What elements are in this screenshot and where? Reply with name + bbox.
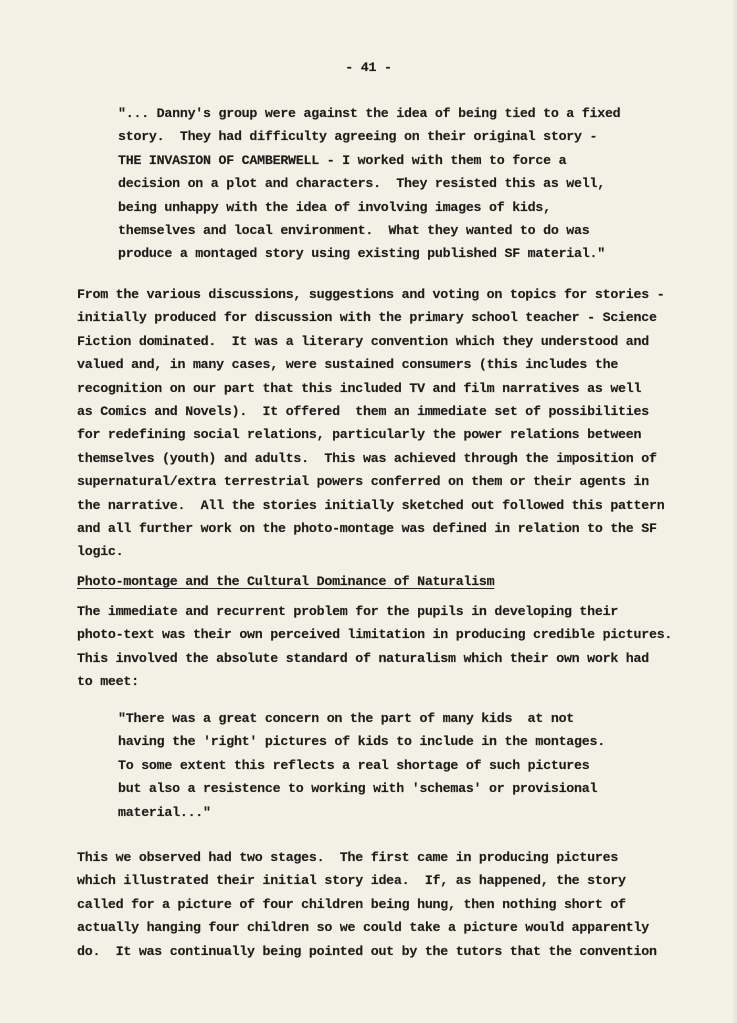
text-line: to meet: (77, 670, 672, 693)
text-line: The immediate and recurrent problem for … (77, 600, 672, 623)
text-line: recognition on our part that this includ… (77, 377, 664, 400)
text-line: logic. (77, 540, 664, 563)
text-line: This we observed had two stages. The fir… (77, 846, 657, 869)
paragraph-two-stages: This we observed had two stages. The fir… (77, 846, 657, 963)
text-line: actually hanging four children so we cou… (77, 916, 657, 939)
paragraph-science-fiction: From the various discussions, suggestion… (77, 283, 664, 564)
text-line: This involved the absolute standard of n… (77, 647, 672, 670)
text-line: themselves and local environment. What t… (118, 219, 620, 242)
text-line: initially produced for discussion with t… (77, 306, 664, 329)
document-page: - 41 - "... Danny's group were against t… (0, 0, 737, 1023)
text-line: valued and, in many cases, were sustaine… (77, 353, 664, 376)
text-line: "There was a great concern on the part o… (118, 707, 605, 730)
text-line: supernatural/extra terrestrial powers co… (77, 470, 664, 493)
text-line: produce a montaged story using existing … (118, 242, 620, 265)
quote-right-pictures: "There was a great concern on the part o… (118, 707, 605, 824)
text-line: having the 'right' pictures of kids to i… (118, 730, 605, 753)
text-line: called for a picture of four children be… (77, 893, 657, 916)
text-line: as Comics and Novels). It offered them a… (77, 400, 664, 423)
text-line: decision on a plot and characters. They … (118, 172, 620, 195)
text-line: To some extent this reflects a real shor… (118, 754, 605, 777)
text-line: do. It was continually being pointed out… (77, 940, 657, 963)
text-line: photo-text was their own perceived limit… (77, 623, 672, 646)
section-heading-block: Photo-montage and the Cultural Dominance… (77, 570, 494, 593)
text-line: for redefining social relations, particu… (77, 423, 664, 446)
text-line: THE INVASION OF CAMBERWELL - I worked wi… (118, 149, 620, 172)
paragraph-naturalism: The immediate and recurrent problem for … (77, 600, 672, 694)
text-line: which illustrated their initial story id… (77, 869, 657, 892)
page-number: - 41 - (0, 60, 737, 75)
quote-danny-group: "... Danny's group were against the idea… (118, 102, 620, 266)
text-line: being unhappy with the idea of involving… (118, 196, 620, 219)
text-line: From the various discussions, suggestion… (77, 283, 664, 306)
text-line: "... Danny's group were against the idea… (118, 102, 620, 125)
text-line: and all further work on the photo-montag… (77, 517, 664, 540)
page-edge (733, 0, 737, 1023)
text-line: but also a resistence to working with 's… (118, 777, 605, 800)
section-heading: Photo-montage and the Cultural Dominance… (77, 570, 494, 593)
text-line: Fiction dominated. It was a literary con… (77, 330, 664, 353)
text-line: the narrative. All the stories initially… (77, 494, 664, 517)
text-line: story. They had difficulty agreeing on t… (118, 125, 620, 148)
text-line: themselves (youth) and adults. This was … (77, 447, 664, 470)
text-line: material..." (118, 801, 605, 824)
